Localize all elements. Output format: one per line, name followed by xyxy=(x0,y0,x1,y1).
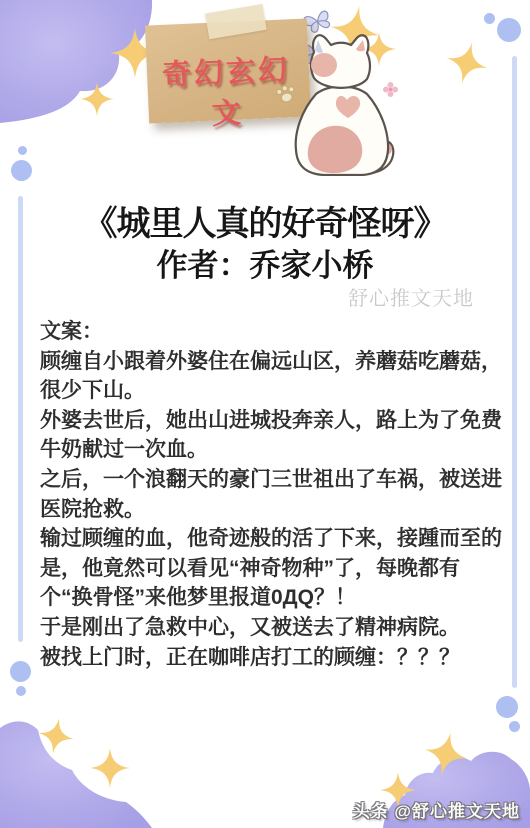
synopsis: 文案： 顾缠自小跟着外婆住在偏远山区，养蘑菇吃蘑菇， 很少下山。 外婆去世后，她… xyxy=(40,317,510,672)
dot xyxy=(496,696,518,718)
dot xyxy=(497,18,521,42)
dot xyxy=(509,721,520,732)
synopsis-line: 很少下山。 xyxy=(40,376,510,406)
sparkle-icon xyxy=(80,82,114,116)
dot xyxy=(16,686,26,696)
cat-illustration xyxy=(284,34,404,176)
sparkle-icon xyxy=(442,38,493,89)
synopsis-line: 个“换骨怪”来他梦里报道0ДQ？！ xyxy=(40,583,510,613)
dot xyxy=(10,661,31,682)
sparkle-icon xyxy=(90,748,130,788)
dot xyxy=(11,160,32,181)
inline-watermark: 舒心推文天地 xyxy=(348,282,474,311)
synopsis-line: 牛奶献过一次血。 xyxy=(40,435,510,465)
synopsis-line: 文案： xyxy=(40,317,510,347)
book-author: 作者：乔家小桥 xyxy=(0,240,530,285)
synopsis-line: 是，他竟然可以看见“神奇物种”了，每晚都有 xyxy=(40,554,510,584)
tape-strip xyxy=(205,4,266,39)
dot xyxy=(18,146,27,155)
synopsis-line: 于是刚出了急救中心，又被送去了精神病院。 xyxy=(40,613,510,643)
footer-watermark: 头条 @舒心推文天地 xyxy=(353,797,520,822)
sparkle-icon xyxy=(420,728,472,780)
synopsis-line: 输过顾缠的血，他奇迹般的活了下来，接踵而至的 xyxy=(40,524,510,554)
promo-card: 奇幻玄幻文 《城里人真的好奇怪呀》 作者：乔家小桥 舒心推文天地 文案： 顾缠自… xyxy=(0,0,530,828)
synopsis-line: 医院抢救。 xyxy=(40,495,510,525)
synopsis-line: 顾缠自小跟着外婆住在偏远山区，养蘑菇吃蘑菇， xyxy=(40,347,510,377)
frame-line-right xyxy=(512,56,517,688)
synopsis-line: 之后，一个浪翻天的豪门三世祖出了车祸，被送进 xyxy=(40,465,510,495)
dot xyxy=(484,13,495,24)
synopsis-line: 外婆去世后，她出山进城投奔亲人，路上为了免费 xyxy=(40,406,510,436)
book-title: 《城里人真的好奇怪呀》 xyxy=(0,196,530,245)
synopsis-line: 被找上门时，正在咖啡店打工的顾缠：？？？ xyxy=(40,643,510,673)
sparkle-icon xyxy=(35,715,77,757)
